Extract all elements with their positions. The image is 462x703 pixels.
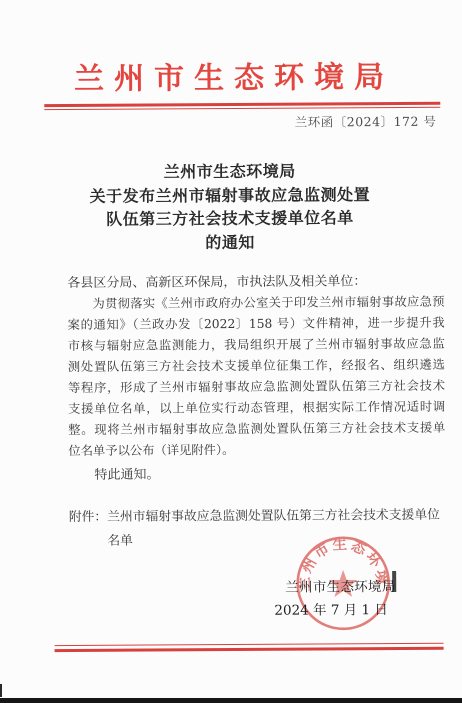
scan-edge-left-mark [0, 684, 2, 697]
document-content: 兰州市生态环境局 兰环函〔2024〕172 号 兰州市生态环境局 关于发布兰州市… [0, 0, 462, 703]
attachment-line-1: 兰州市辐射事故应急监测处置队伍第三方社会技术支援单位 [107, 504, 447, 530]
attachment-line-2: 名单 [107, 527, 447, 553]
document-title-line-2: 关于发布兰州市辐射事故应急监测处置 [0, 182, 461, 209]
body-line: 为贯彻落实《兰州市政府办公室关于印发兰州市辐射事故应急预 [67, 292, 444, 315]
document-number: 兰环函〔2024〕172 号 [295, 112, 437, 131]
body-line: 整。现将兰州市辐射事故应急监测处置队伍第三方社会技术支援单 [68, 418, 445, 441]
signature-agency: 兰州市生态环境局 [285, 575, 396, 596]
body-line: 市核与辐射应急监测能力，我局组织开展了兰州市辐射事故应急监 [68, 334, 445, 357]
body-line: 案的通知》（兰政办发〔2022〕158 号）文件精神，进一步提升我 [68, 313, 445, 336]
body-paragraph: 为贯彻落实《兰州市政府办公室关于印发兰州市辐射事故应急预 案的通知》（兰政办发〔… [67, 292, 445, 462]
footer-divider [55, 643, 444, 652]
document-title-line-4: 的通知 [0, 230, 461, 257]
scanned-document-page: 兰州市生态环境局 兰环函〔2024〕172 号 兰州市生态环境局 关于发布兰州市… [0, 0, 462, 703]
attachment-label: 附件： [69, 506, 108, 553]
body-line: 支援单位名单，以上单位实行动态管理，根据实际工作情况适时调 [68, 397, 445, 420]
document-title: 兰州市生态环境局 关于发布兰州市辐射事故应急监测处置 队伍第三方社会技术支援单位… [0, 159, 461, 257]
scan-edge-bottom [0, 698, 462, 703]
signature-date: 2024 年 7 月 1 日 [274, 598, 388, 619]
body-line: 等程序，形成了兰州市辐射事故应急监测处置队伍第三方社会技术 [68, 376, 445, 399]
body-line: 位名单予以公布（详见附件）。 [68, 439, 445, 462]
closing-phrase: 特此通知。 [94, 463, 159, 482]
body-line: 测处置队伍第三方社会技术支援单位征集工作，经报名、组织遴选 [68, 355, 445, 378]
letterhead-divider [44, 102, 440, 111]
document-title-line-1: 兰州市生态环境局 [0, 159, 461, 186]
scan-artifact-mark [392, 571, 396, 592]
document-title-line-3: 队伍第三方社会技术支援单位名单 [0, 206, 461, 233]
attachment-text: 兰州市辐射事故应急监测处置队伍第三方社会技术支援单位 名单 [107, 504, 447, 553]
letterhead-agency-name: 兰州市生态环境局 [0, 52, 460, 99]
salutation-line: 各县区分局、高新区环保局，市执法队及相关单位： [67, 271, 447, 294]
